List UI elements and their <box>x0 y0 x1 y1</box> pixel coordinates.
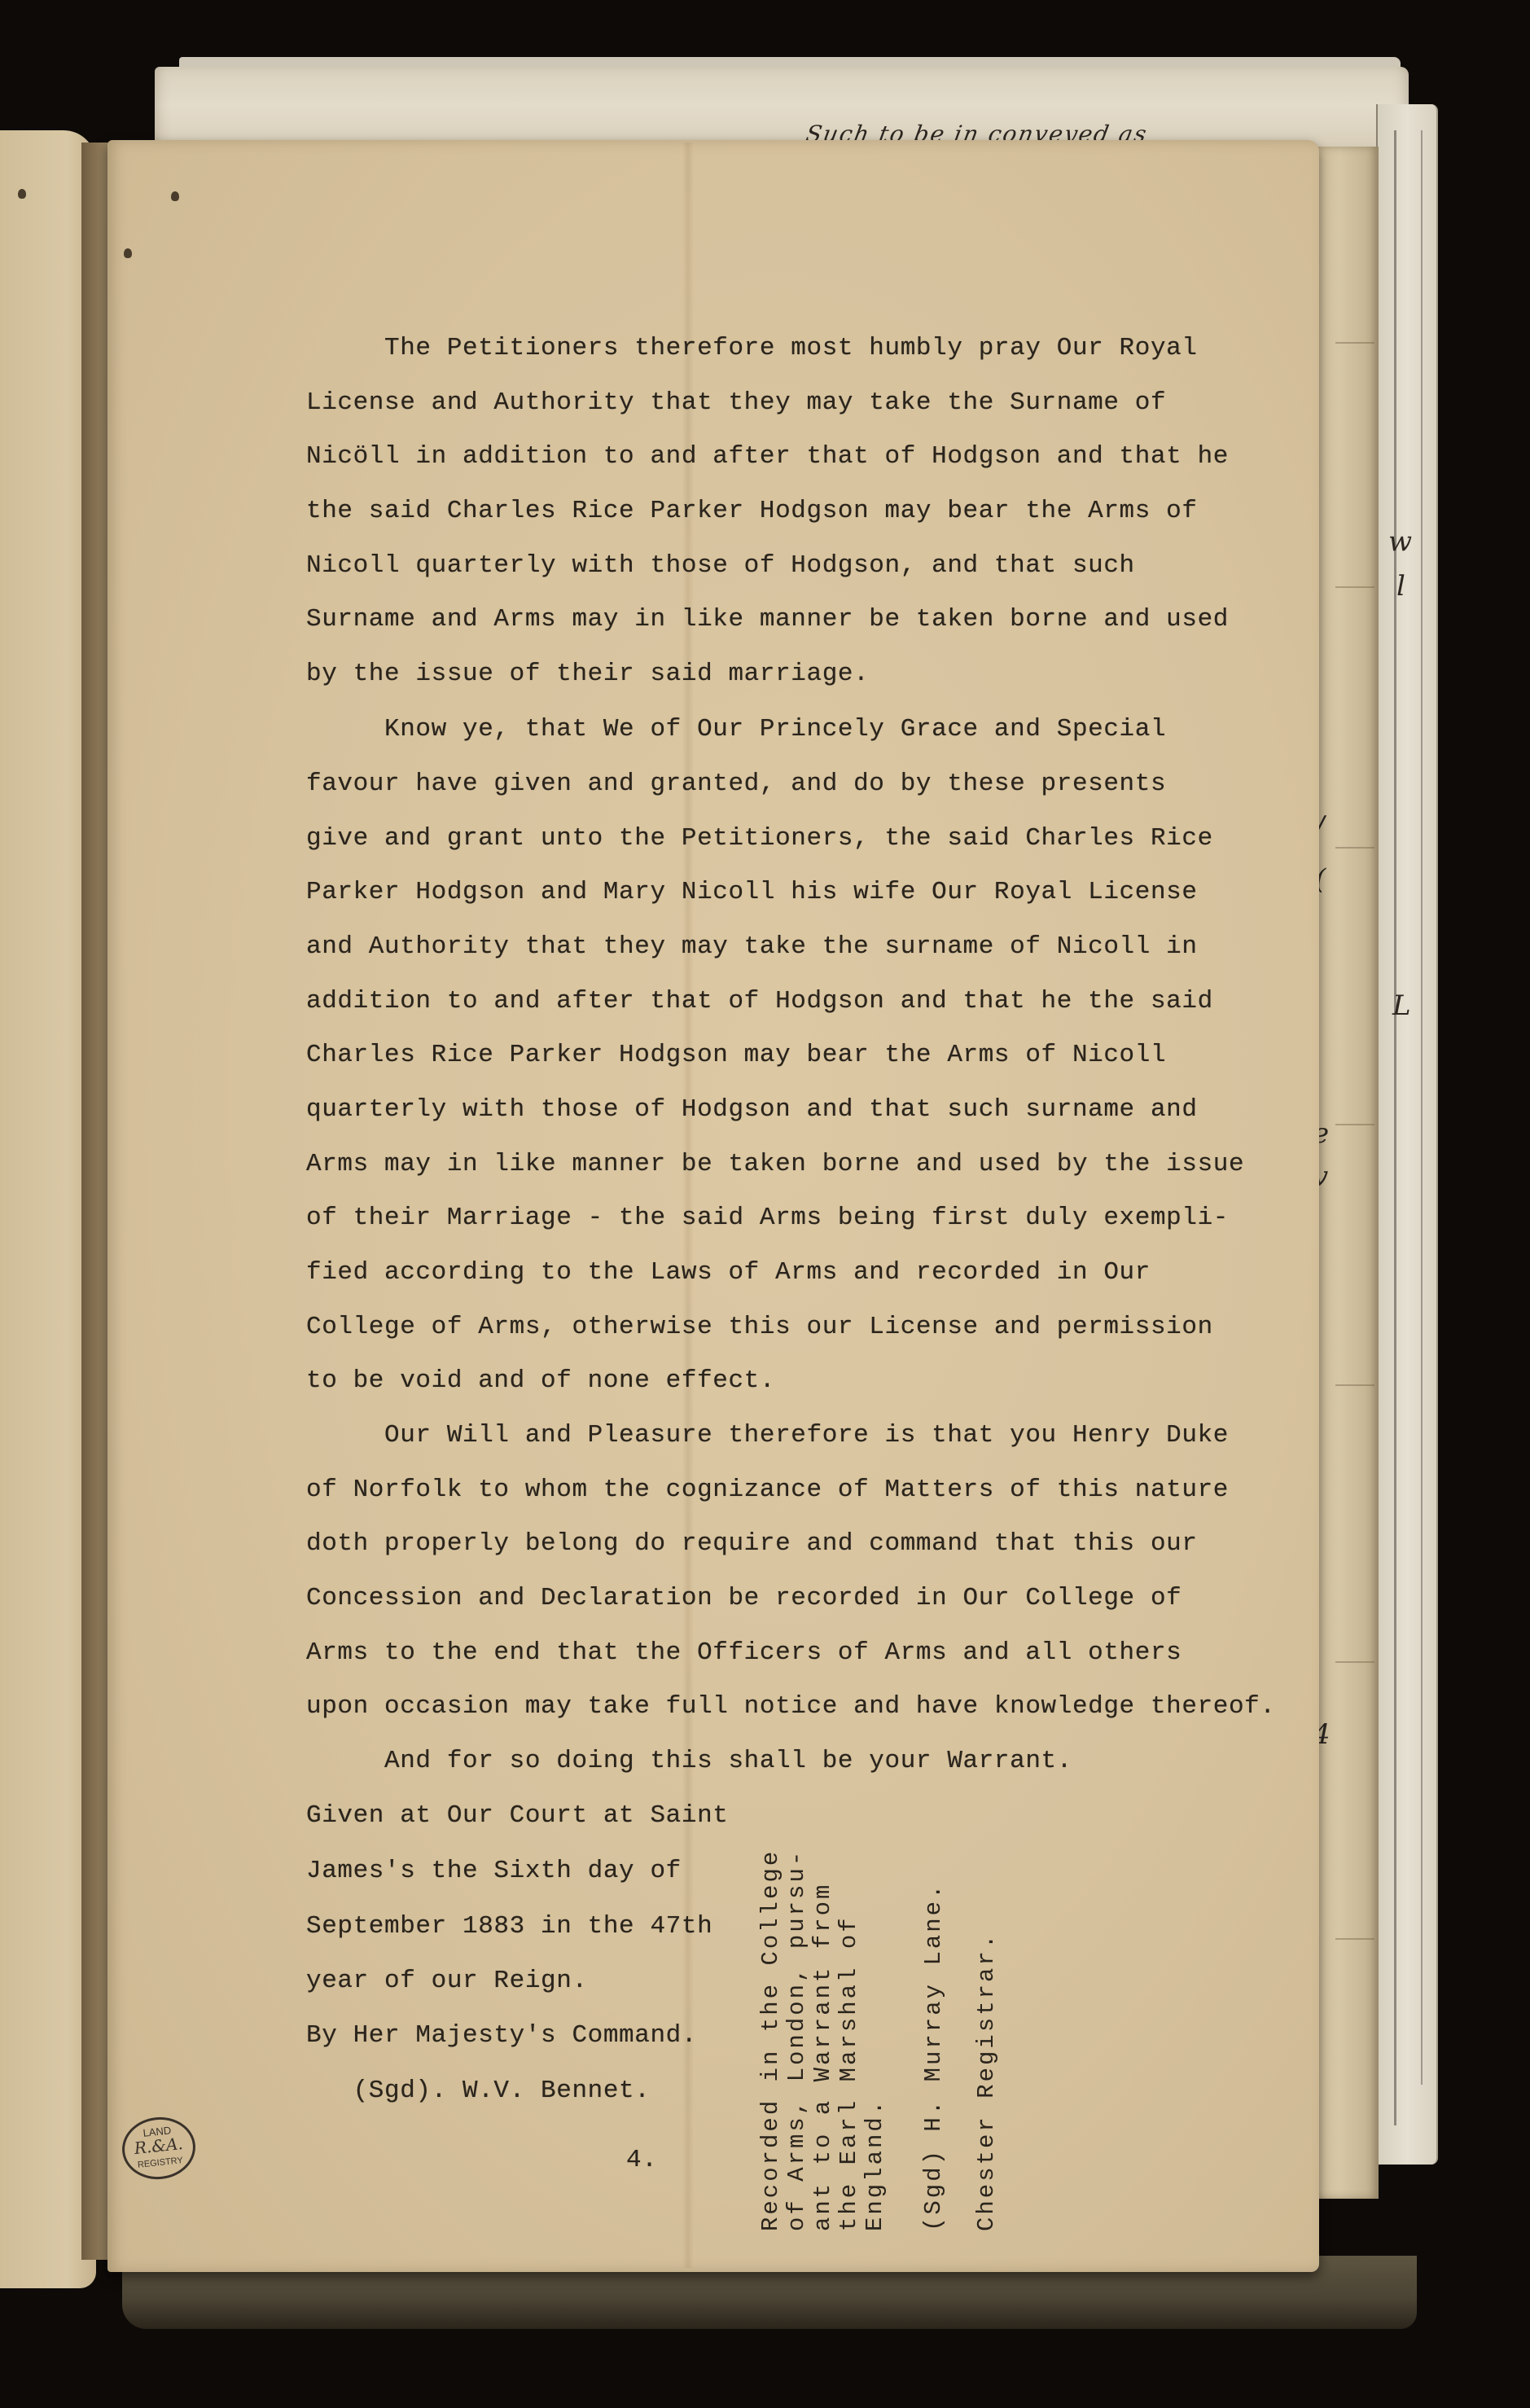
text-line: addition to and after that of Hodgson an… <box>306 987 1213 1015</box>
text-line: September 1883 in the 47th <box>306 1912 712 1941</box>
text-line: quarterly with those of Hodgson and that… <box>306 1095 1198 1124</box>
text-line: favour have given and granted, and do by… <box>306 770 1166 798</box>
text-line: Nicöll in addition to and after that of … <box>306 442 1229 471</box>
ledger-rule <box>1335 586 1374 588</box>
text-line: fied according to the Laws of Arms and r… <box>306 1258 1151 1287</box>
text-line: doth properly belong do require and comm… <box>306 1529 1198 1558</box>
ledger-rule <box>1335 1661 1374 1663</box>
text-line: to be void and of none effect. <box>306 1366 775 1395</box>
margin-mark: l <box>1396 570 1405 603</box>
text-line: Given at Our Court at Saint <box>306 1801 728 1830</box>
binding-hole <box>171 191 179 201</box>
text-line: Our Will and Pleasure therefore is that … <box>306 1421 1229 1450</box>
ledger-rule <box>1335 1384 1374 1386</box>
strip-fold-line <box>1421 130 1423 2085</box>
document-body: The Petitioners therefore most humbly pr… <box>306 0 1332 1873</box>
binding-hole <box>18 189 26 199</box>
ledger-rule <box>1335 1124 1374 1125</box>
text-line: upon occasion may take full notice and h… <box>306 1692 1276 1721</box>
strip-fold-line <box>1394 130 1396 2125</box>
margin-mark: L <box>1392 989 1411 1022</box>
note-line: of Arms, London, pursu- <box>783 1849 810 2231</box>
text-line: year of our Reign. <box>306 1967 588 1995</box>
text-line: James's the Sixth day of <box>306 1857 682 1885</box>
text-line: Nicoll quarterly with those of Hodgson, … <box>306 551 1135 580</box>
margin-mark: w <box>1388 525 1412 558</box>
text-line: By Her Majesty's Command. <box>306 2021 697 2050</box>
text-line: The Petitioners therefore most humbly pr… <box>306 334 1198 362</box>
note-line: ant to a Warrant from <box>809 1883 836 2231</box>
signature-bennet: (Sgd). W.V. Bennet. <box>306 2077 650 2105</box>
ledger-rule <box>1335 1938 1374 1940</box>
note-line: Recorded in the College <box>757 1849 784 2231</box>
text-line: of Norfolk to whom the cognizance of Mat… <box>306 1476 1229 1504</box>
text-line: the said Charles Rice Parker Hodgson may… <box>306 497 1198 525</box>
text-line: of their Marriage - the said Arms being … <box>306 1204 1229 1232</box>
text-line: And for so doing this shall be your Warr… <box>306 1747 1072 1775</box>
text-line: Parker Hodgson and Mary Nicoll his wife … <box>306 878 1198 906</box>
note-line: the Earl Marshal of <box>835 1915 862 2231</box>
text-line: by the issue of their said marriage. <box>306 660 869 688</box>
binding-hole <box>124 248 132 258</box>
text-line: and Authority that they may take the sur… <box>306 932 1198 961</box>
ledger-rule <box>1335 342 1374 344</box>
registrar-title: Chester Registrar. <box>973 1932 1000 2231</box>
text-line: Arms to the end that the Officers of Arm… <box>306 1638 1181 1667</box>
text-line: College of Arms, otherwise this our Lice… <box>306 1313 1213 1341</box>
right-paper-strip <box>1376 104 1438 2165</box>
note-line: England. <box>861 2099 888 2231</box>
text-line: Arms may in like manner be taken borne a… <box>306 1150 1244 1178</box>
text-line: Concession and Declaration be recorded i… <box>306 1584 1181 1612</box>
text-line: License and Authority that they may take… <box>306 388 1166 417</box>
page-number: 4. <box>626 2146 657 2174</box>
ledger-rule <box>1335 847 1374 849</box>
text-line: Surname and Arms may in like manner be t… <box>306 605 1229 634</box>
text-line: Charles Rice Parker Hodgson may bear the… <box>306 1041 1166 1069</box>
signature-murray-lane: (Sgd) H. Murray Lane. <box>920 1883 947 2231</box>
text-line: Know ye, that We of Our Princely Grace a… <box>306 715 1166 743</box>
text-line: give and grant unto the Petitioners, the… <box>306 824 1213 853</box>
